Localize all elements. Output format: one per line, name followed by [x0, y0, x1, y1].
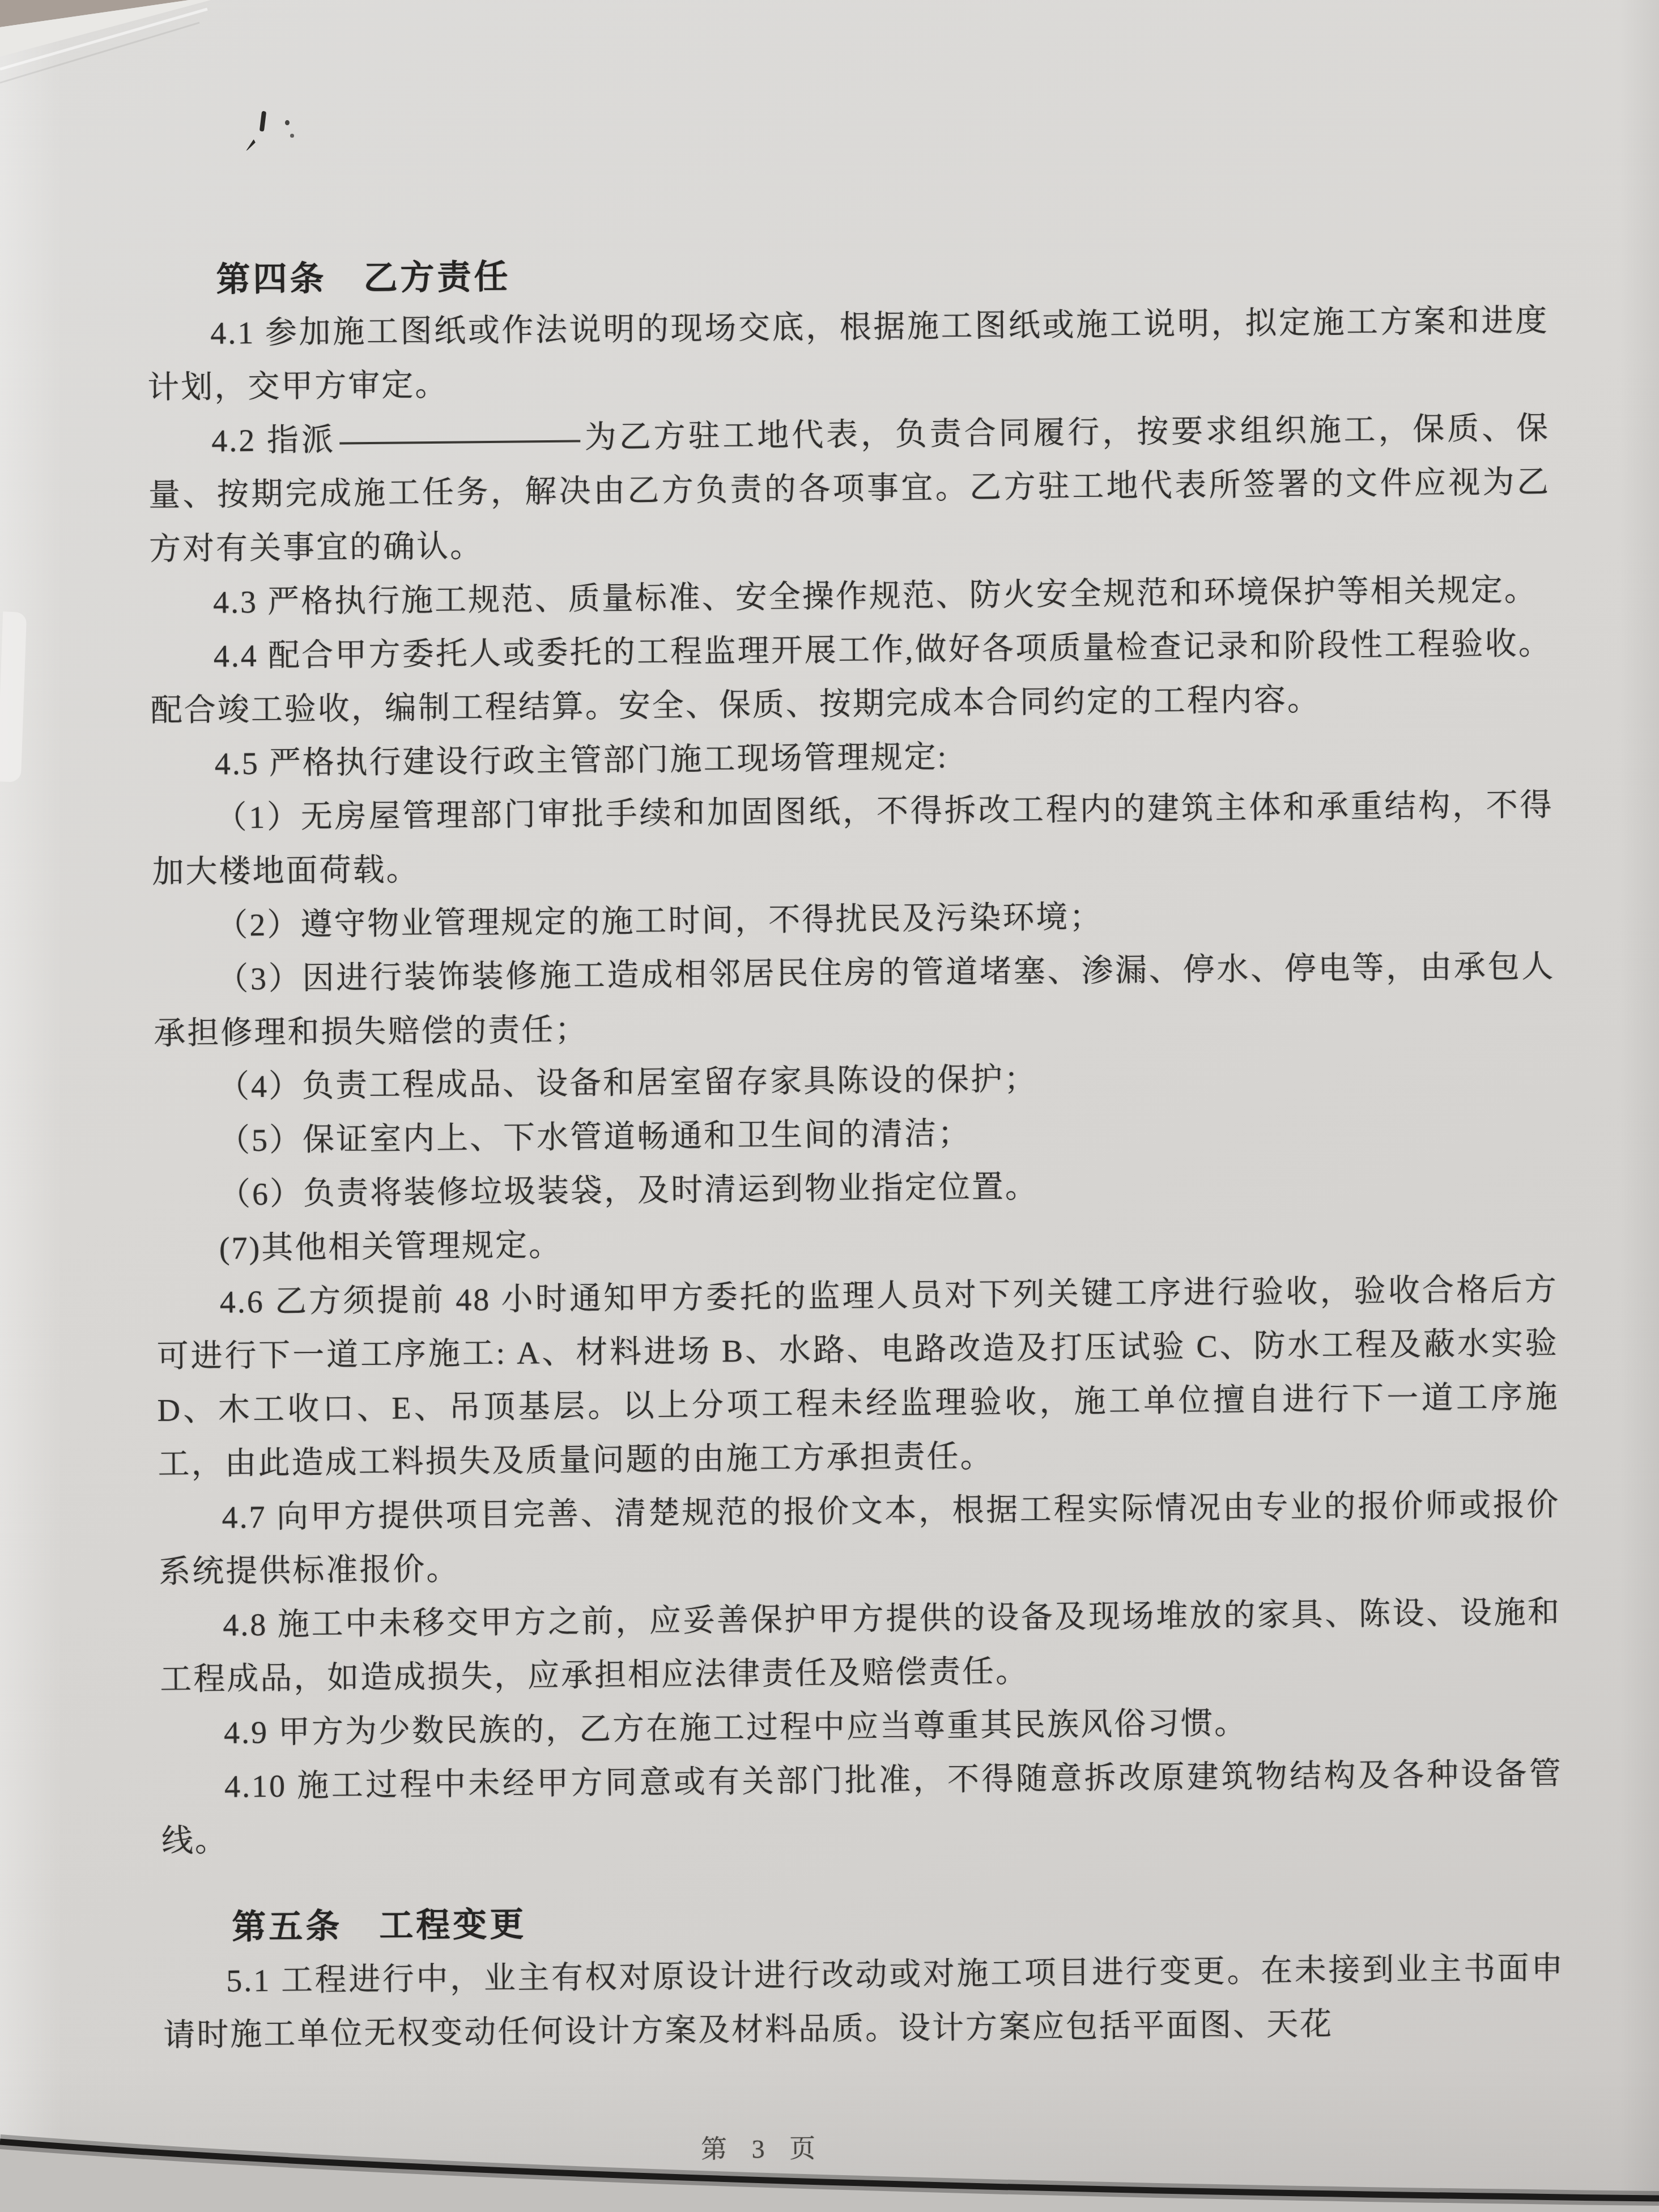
ink-speck — [243, 139, 257, 151]
clause-4-1: 4.1 参加施工图纸或作法说明的现场交底，根据施工图纸或施工说明，拟定施工方案和… — [147, 294, 1550, 415]
ink-speck — [285, 120, 290, 125]
clause-4-10: 4.10 施工过程中未经甲方同意或有关部门批准，不得随意拆改原建筑物结构及各种设… — [161, 1747, 1564, 1869]
clause-4-4: 4.4 配合甲方委托人或委托的工程监理开展工作,做好各项质量检查记录和阶段性工程… — [150, 617, 1552, 738]
page-content: 第四条 乙方责任 4.1 参加施工图纸或作法说明的现场交底，根据施工图纸或施工说… — [146, 240, 1566, 2063]
desk-corner-and-stack-edges — [0, 0, 238, 125]
fill-in-blank-underline — [339, 435, 580, 445]
ink-speck — [260, 111, 266, 132]
clause-4-2: 4.2 指派为乙方驻工地代表，负责合同履行，按要求组织施工，保质、保量、按期完成… — [148, 402, 1551, 577]
clause-5-1: 5.1 工程进行中，业主有权对原设计进行改动或对施工项目进行变更。在未接到业主书… — [163, 1942, 1566, 2063]
clause-4-6: 4.6 乙方须提前 48 小时通知甲方委托的监理人员对下列关键工序进行验收，验收… — [156, 1263, 1560, 1492]
clause-4-2-pre: 4.2 指派 — [211, 423, 336, 459]
clause-4-8: 4.8 施工中未移交甲方之前，应妥善保护甲方提供的设备及现场堆放的家具、陈设、设… — [159, 1586, 1562, 1707]
ink-speck — [290, 134, 294, 138]
clause-4-5-item-1: （1）无房屋管理部门审批手续和加固图纸，不得拆改工程内的建筑主体和承重结构，不得… — [151, 779, 1554, 900]
clause-4-7: 4.7 向甲方提供项目完善、清楚规范的报价文本，根据工程实际情况由专业的报价师或… — [158, 1478, 1561, 1600]
page-bottom-edge-shadow — [0, 2087, 1659, 2212]
contract-page-photo: 第四条 乙方责任 4.1 参加施工图纸或作法说明的现场交底，根据施工图纸或施工说… — [0, 0, 1659, 2212]
clause-4-2-post: 为乙方驻工地代表，负责合同履行，按要求组织施工，保质、保量、按期完成施工任务，解… — [148, 411, 1550, 567]
paper-edge-highlight — [0, 611, 27, 782]
clause-4-5-item-3: （3）因进行装饰装修施工造成相邻居民住房的管道堵塞、渗漏、停水、停电等，由承包人… — [153, 940, 1556, 1061]
